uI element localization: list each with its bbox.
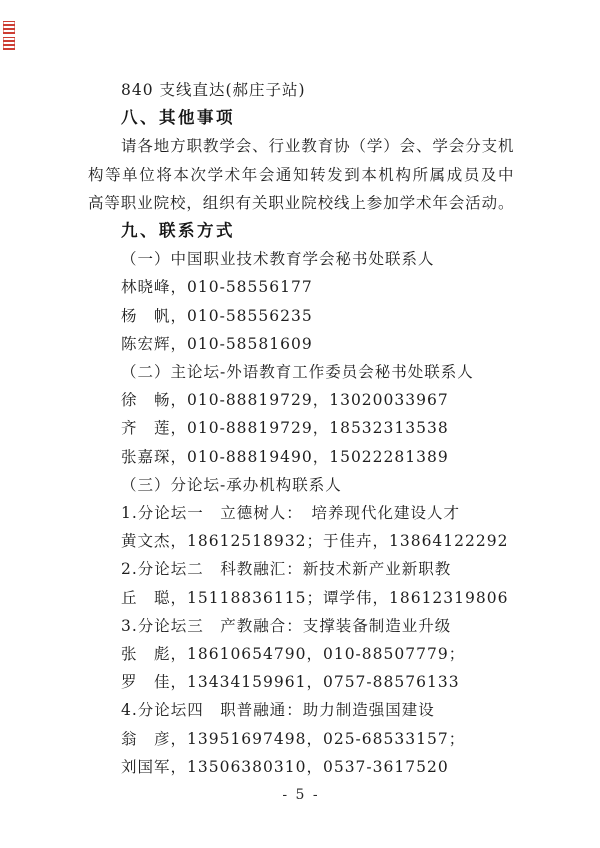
red-stamp-marks	[3, 21, 17, 53]
forum-1-title: 1.分论坛一 立德树人： 培养现代化建设人才	[88, 499, 514, 527]
paragraph-line-3: 高等职业院校，组织有关职业院校线上参加学术年会活动。	[88, 189, 514, 217]
forum-4-contact-1: 翁 彦，13951697498，025-68533157；	[88, 725, 514, 753]
forum-3-title: 3.分论坛三 产教融合：支撑装备制造业升级	[88, 612, 514, 640]
forum-4-contact-2: 刘国军，13506380310，0537-3617520	[88, 753, 514, 781]
forum-2-title: 2.分论坛二 科教融汇：新技术新产业新职教	[88, 555, 514, 583]
contact-group-1-title: （一）中国职业技术教育学会秘书处联系人	[88, 245, 514, 273]
contact-group-3-title: （三）分论坛-承办机构联系人	[88, 471, 514, 499]
forum-3-contact-2: 罗 佳，13434159961，0757-88576133	[88, 668, 514, 696]
document-body: 840 支线直达(郝庄子站)八、其他事项请各地方职教学会、行业教育协（学）会、学…	[88, 76, 514, 809]
paragraph-line-2: 构等单位将本次学术年会通知转发到本机构所属成员及中	[88, 161, 514, 189]
line-bus-route: 840 支线直达(郝庄子站)	[88, 76, 514, 104]
red-stamp-mark-icon	[3, 21, 15, 34]
heading-section-8: 八、其他事项	[88, 104, 514, 132]
contact-yang-fan: 杨 帆，010-58556235	[88, 302, 514, 330]
heading-section-9: 九、联系方式	[88, 217, 514, 245]
forum-2-contacts: 丘 聪，15118836115；谭学伟，18612319806	[88, 584, 514, 612]
contact-lin-xiaofeng: 林晓峰，010-58556177	[88, 273, 514, 301]
document-text-block: 840 支线直达(郝庄子站)八、其他事项请各地方职教学会、行业教育协（学）会、学…	[88, 76, 514, 781]
contact-zhang-jiachen: 张嘉琛，010-88819490，15022281389	[88, 443, 514, 471]
forum-1-contacts: 黄文杰，18612518932；于佳卉，13864122292	[88, 527, 514, 555]
paragraph-line-1: 请各地方职教学会、行业教育协（学）会、学会分支机	[88, 132, 514, 160]
forum-3-contact-1: 张 彪，18610654790，010-88507779；	[88, 640, 514, 668]
contact-group-2-title: （二）主论坛-外语教育工作委员会秘书处联系人	[88, 358, 514, 386]
contact-xu-chang: 徐 畅，010-88819729，13020033967	[88, 386, 514, 414]
forum-4-title: 4.分论坛四 职普融通：助力制造强国建设	[88, 696, 514, 724]
page-number: - 5 -	[88, 781, 514, 809]
red-stamp-mark-icon	[3, 37, 15, 50]
document-page: 840 支线直达(郝庄子站)八、其他事项请各地方职教学会、行业教育协（学）会、学…	[0, 0, 600, 848]
contact-qi-lian: 齐 莲，010-88819729，18532313538	[88, 414, 514, 442]
contact-chen-honghui: 陈宏辉，010-58581609	[88, 330, 514, 358]
